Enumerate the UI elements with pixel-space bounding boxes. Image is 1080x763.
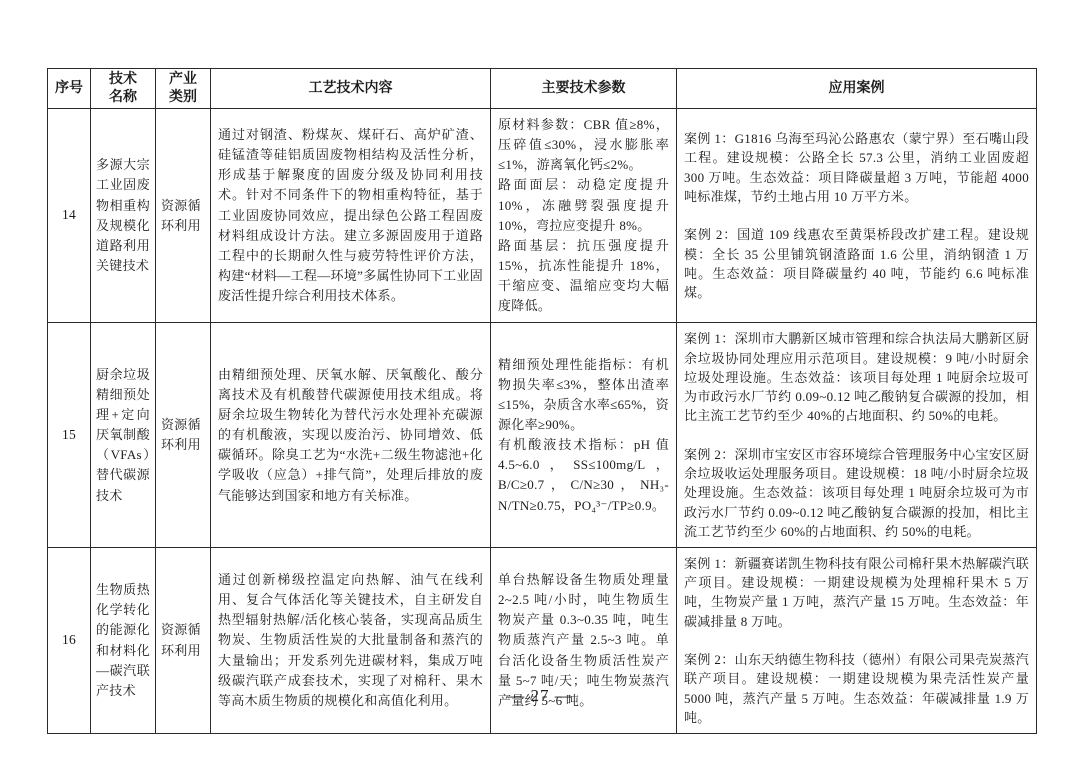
header-application-cases: 应用案例 — [677, 69, 1037, 109]
row-main-parameters: 原材料参数：CBR 值≥8%，压碎值≤30%，浸水膨胀率≤1%，游离氧化钙≤2%… — [491, 109, 677, 323]
row-process-content: 通过对钢渣、粉煤灰、煤矸石、高炉矿渣、硅锰渣等硅铝质固废物相结构及活性分析，形成… — [211, 109, 491, 323]
page-number: — 27 — — [0, 686, 1080, 706]
technology-table: 序号 技术 名称 产业 类别 工艺技术内容 主要技术参数 应用案例 14 多源大… — [47, 68, 1037, 734]
document-page: 序号 技术 名称 产业 类别 工艺技术内容 主要技术参数 应用案例 14 多源大… — [0, 0, 1080, 763]
header-main-parameters: 主要技术参数 — [491, 69, 677, 109]
row-tech-name: 厨余垃圾精细预处理+定向厌氧制酸（VFAs）替代碳源技术 — [91, 323, 156, 548]
table-row: 15 厨余垃圾精细预处理+定向厌氧制酸（VFAs）替代碳源技术 资源循环利用 由… — [48, 323, 1037, 548]
row-process-content: 由精细预处理、厌氧水解、厌氧酸化、酸分离技术及有机酸替代碳源使用技术组成。将厨余… — [211, 323, 491, 548]
row-seq-number: 15 — [48, 323, 91, 548]
row-tech-name: 多源大宗工业固废物相重构及规模化道路利用关键技术 — [91, 109, 156, 323]
table-header-row: 序号 技术 名称 产业 类别 工艺技术内容 主要技术参数 应用案例 — [48, 69, 1037, 109]
row-main-parameters: 精细预处理性能指标：有机物损失率≤3%，整体出渣率≤15%，杂质含水率≤65%，… — [491, 323, 677, 548]
header-seq: 序号 — [48, 69, 91, 109]
header-process-content: 工艺技术内容 — [211, 69, 491, 109]
row-application-cases: 案例 1：深圳市大鹏新区城市管理和综合执法局大鹏新区厨余垃圾协同处理应用示范项目… — [677, 323, 1037, 548]
row-application-cases: 案例 1：G1816 乌海至玛沁公路惠农（蒙宁界）至石嘴山段工程。建设规模：公路… — [677, 109, 1037, 323]
row-industry-category: 资源循环利用 — [156, 323, 211, 548]
row-industry-category: 资源循环利用 — [156, 109, 211, 323]
row-seq-number: 14 — [48, 109, 91, 323]
header-industry-category: 产业 类别 — [156, 69, 211, 109]
table-row: 14 多源大宗工业固废物相重构及规模化道路利用关键技术 资源循环利用 通过对钢渣… — [48, 109, 1037, 323]
header-tech-name: 技术 名称 — [91, 69, 156, 109]
